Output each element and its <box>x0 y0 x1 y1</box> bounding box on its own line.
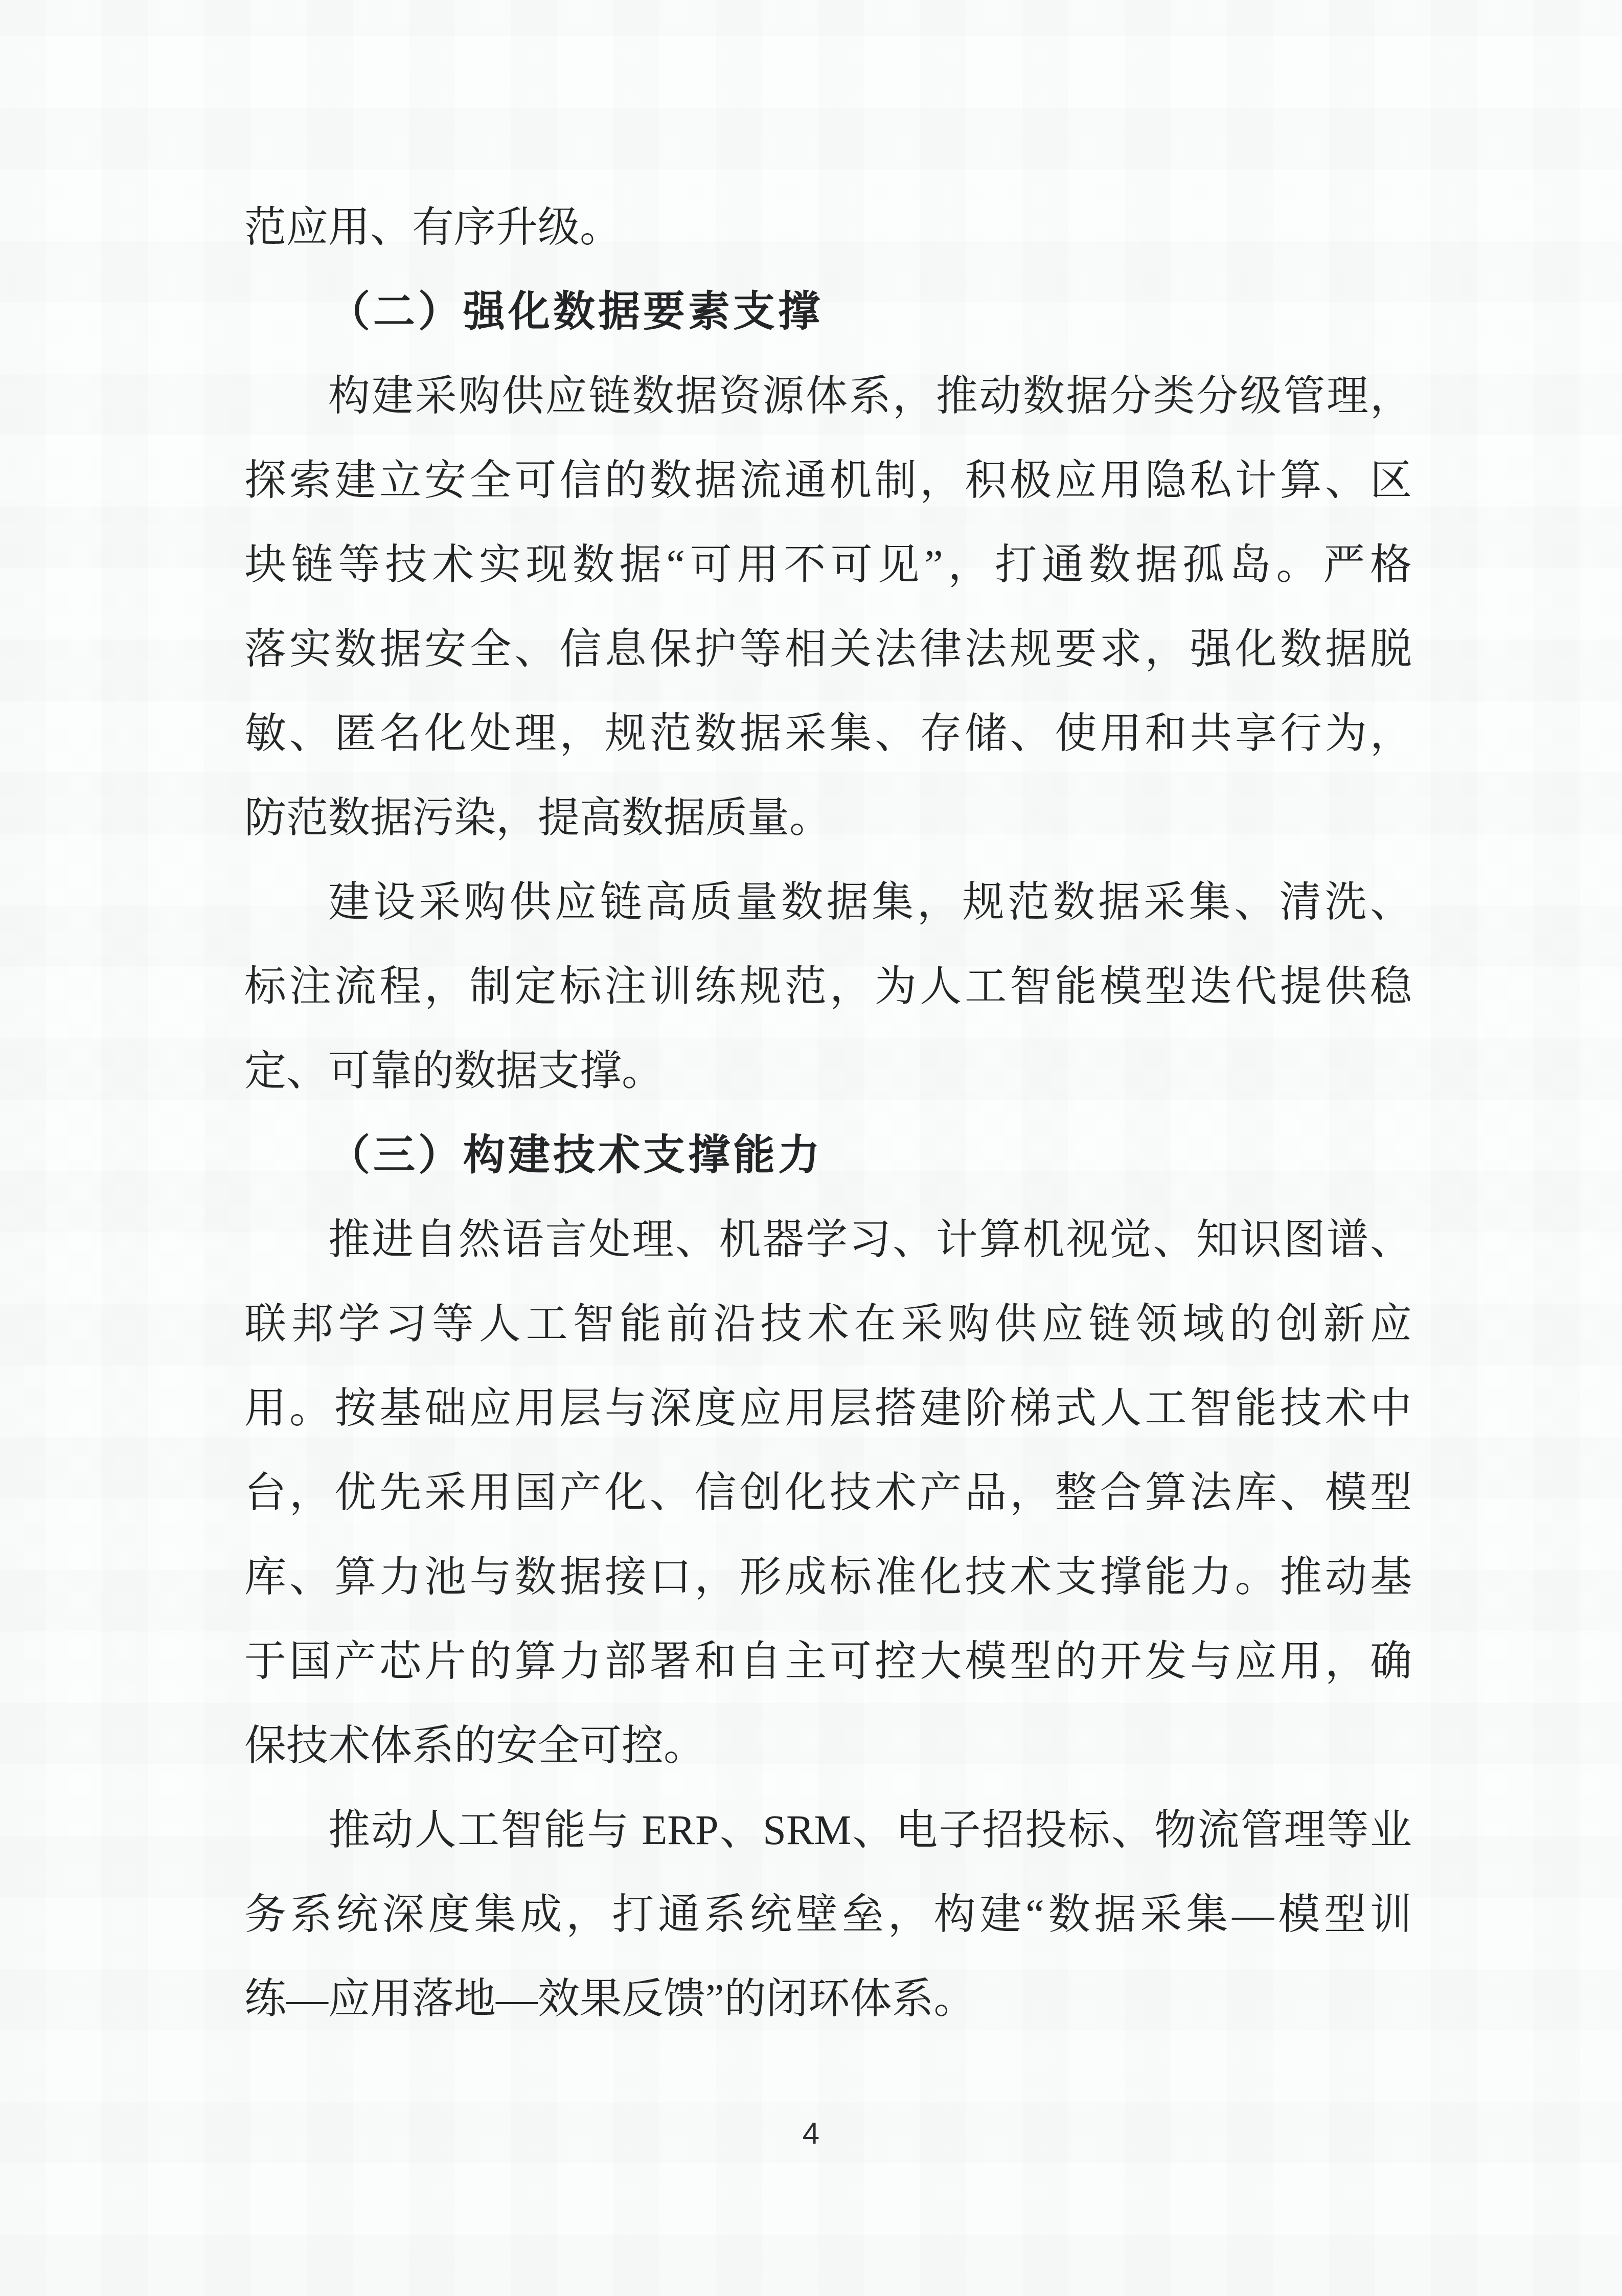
text-line: 构建采购供应链数据资源体系，推动数据分类分级管理， <box>244 354 1412 438</box>
text-line: 联邦学习等人工智能前沿技术在采购供应链领域的创新应 <box>244 1282 1412 1366</box>
text-line: 保技术体系的安全可控。 <box>244 1703 1412 1788</box>
text-line: 落实数据安全、信息保护等相关法律法规要求，强化数据脱 <box>244 607 1412 691</box>
text-line: 探索建立安全可信的数据流通机制，积极应用隐私计算、区 <box>244 438 1412 522</box>
text-line: 务系统深度集成，打通系统壁垒，构建“数据采集—模型训 <box>244 1872 1412 1957</box>
text-line: 练—应用落地—效果反馈”的闭环体系。 <box>244 1957 1412 2041</box>
text-line: 范应用、有序升级。 <box>244 185 1412 269</box>
text-line: 库、算力池与数据接口，形成标准化技术支撑能力。推动基 <box>244 1535 1412 1619</box>
section-heading: （二）强化数据要素支撑 <box>244 269 1412 354</box>
text-line: 于国产芯片的算力部署和自主可控大模型的开发与应用，确 <box>244 1619 1412 1703</box>
document-body: 范应用、有序升级。 （二）强化数据要素支撑 构建采购供应链数据资源体系，推动数据… <box>244 185 1412 2041</box>
text-line: 定、可靠的数据支撑。 <box>244 1029 1412 1113</box>
page-number: 4 <box>0 2110 1622 2156</box>
text-line: 块链等技术实现数据“可用不可见”，打通数据孤岛。严格 <box>244 522 1412 607</box>
text-line: 标注流程，制定标注训练规范，为人工智能模型迭代提供稳 <box>244 944 1412 1029</box>
text-line: 推进自然语言处理、机器学习、计算机视觉、知识图谱、 <box>244 1197 1412 1282</box>
section-heading: （三）构建技术支撑能力 <box>244 1113 1412 1197</box>
text-line: 建设采购供应链高质量数据集，规范数据采集、清洗、 <box>244 860 1412 944</box>
text-line: 敏、匿名化处理，规范数据采集、存储、使用和共享行为， <box>244 691 1412 776</box>
text-line: 推动人工智能与 ERP、SRM、电子招投标、物流管理等业 <box>244 1788 1412 1872</box>
text-line: 防范数据污染，提高数据质量。 <box>244 776 1412 860</box>
text-line: 台，优先采用国产化、信创化技术产品，整合算法库、模型 <box>244 1450 1412 1535</box>
text-line: 用。按基础应用层与深度应用层搭建阶梯式人工智能技术中 <box>244 1366 1412 1450</box>
